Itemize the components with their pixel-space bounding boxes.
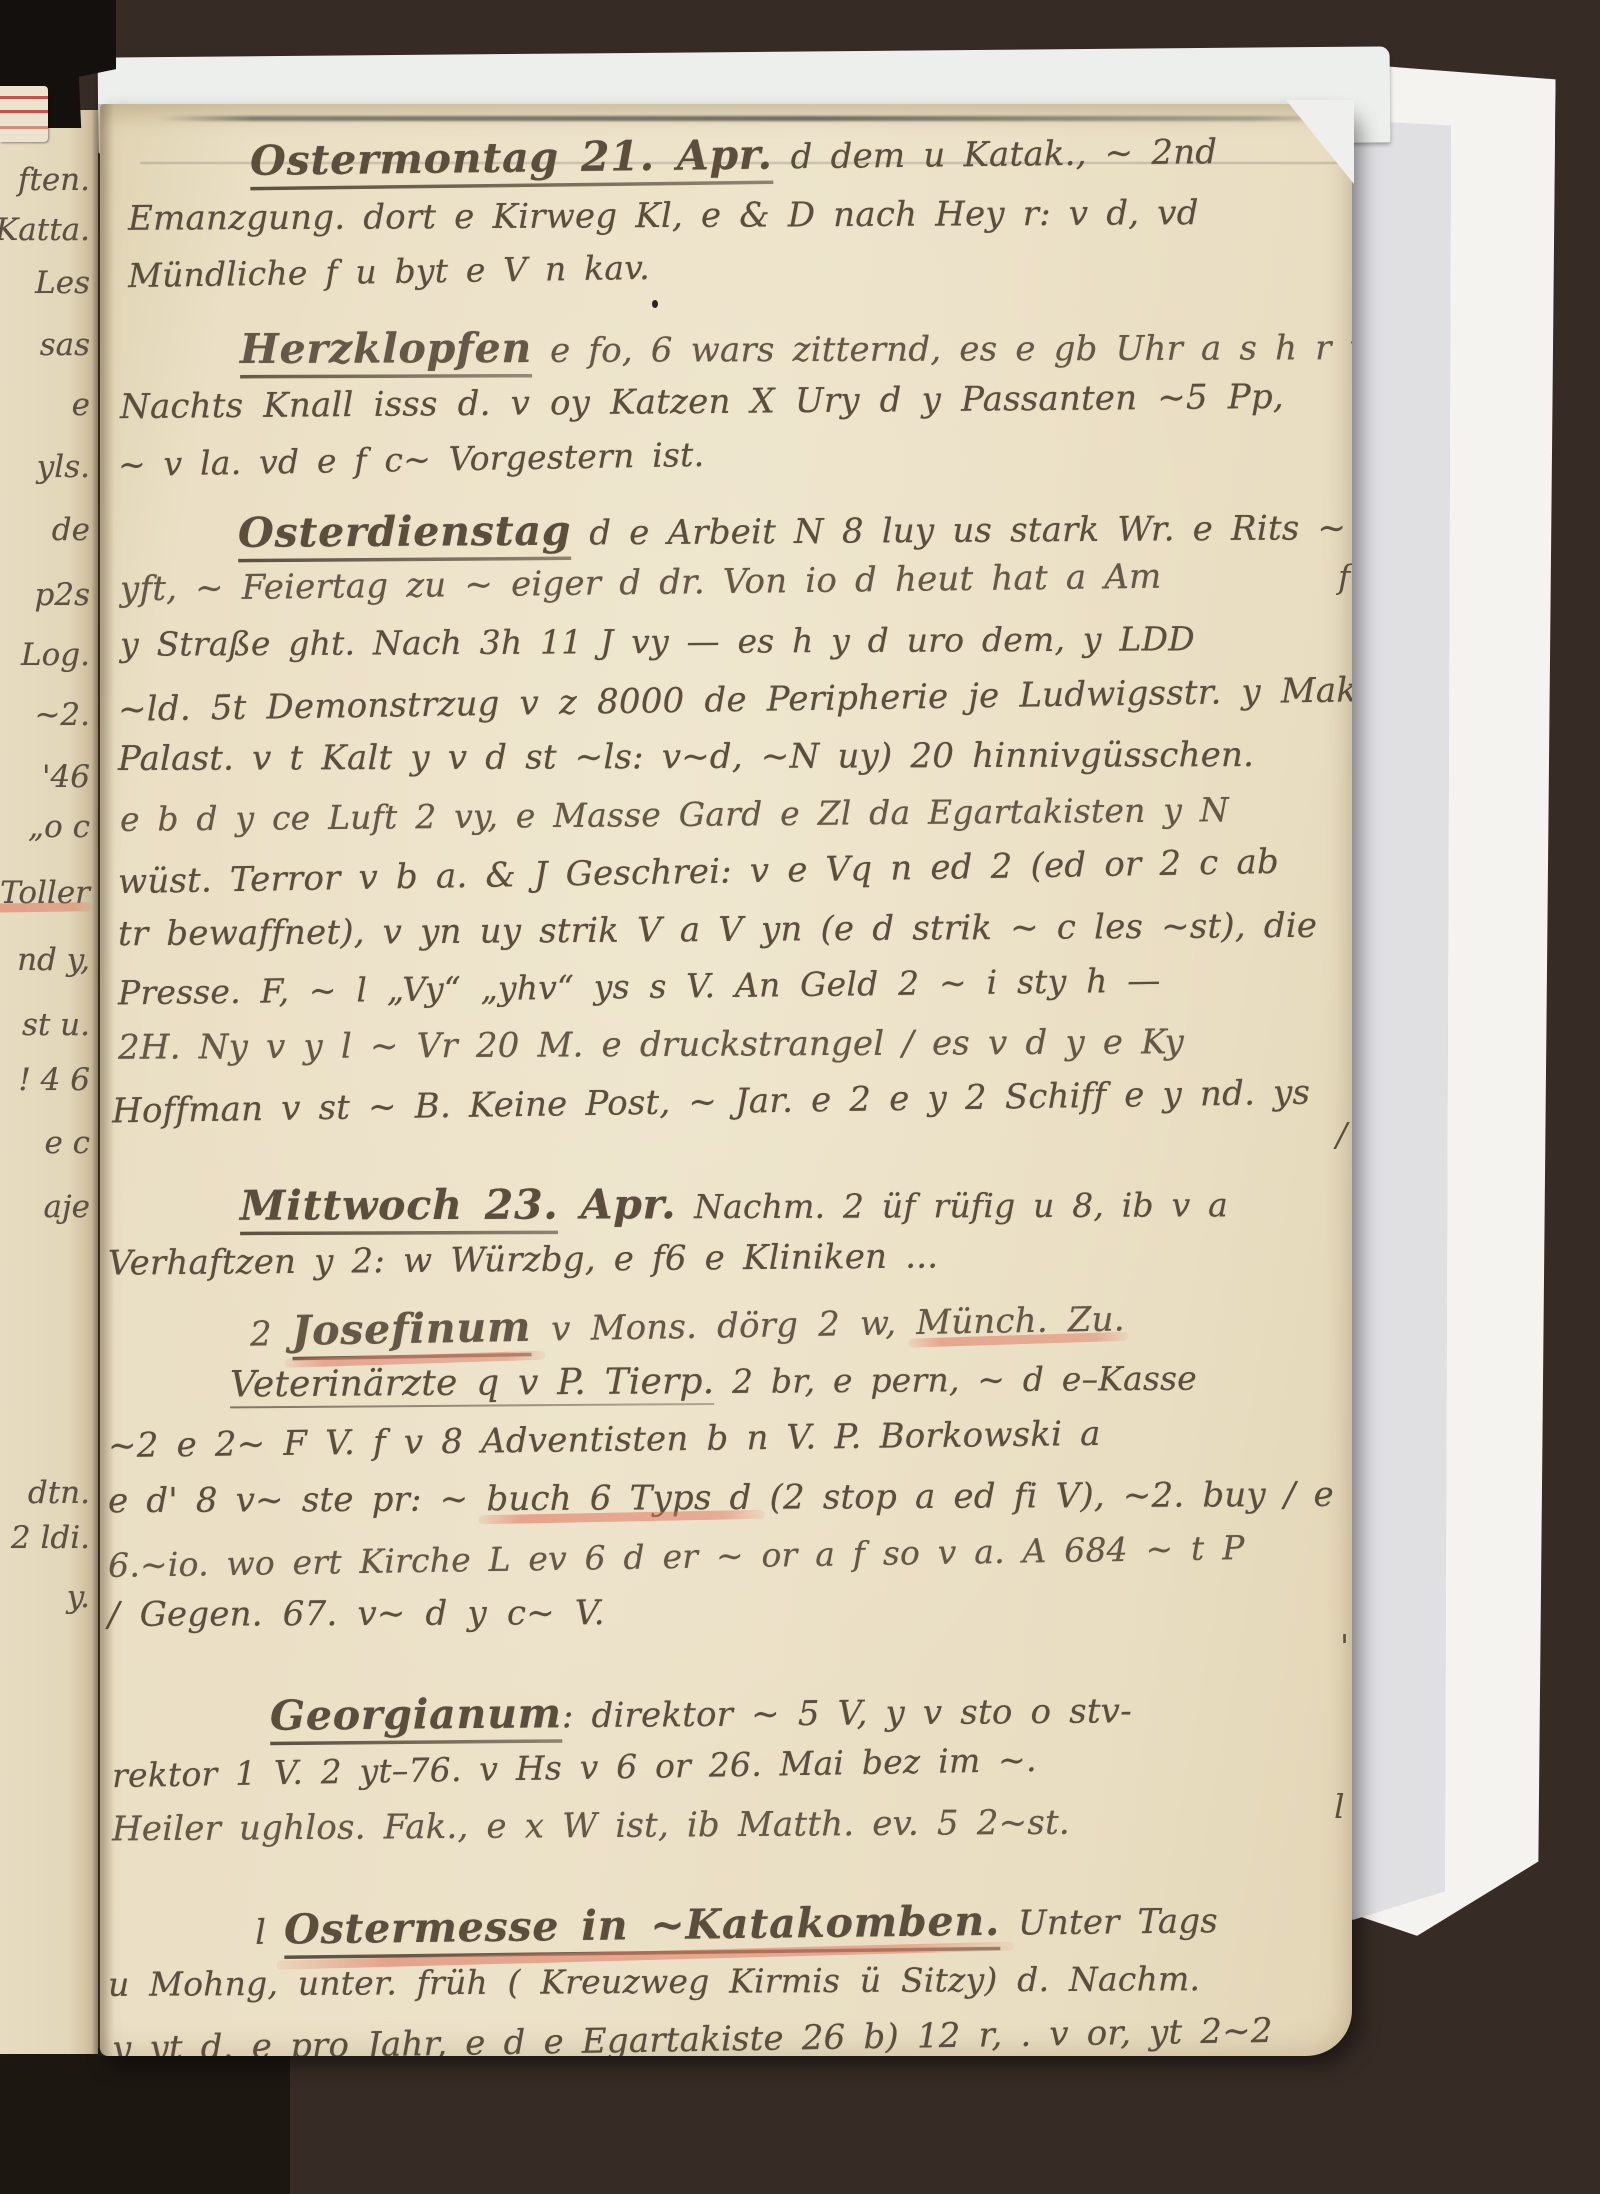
margin-fragment: Katta. — [0, 215, 90, 246]
handwriting-text: Münch. Zu — [916, 1300, 1114, 1343]
handwriting-text: Verhaftzen y 2: w Würzbg, e f6 e Klinike… — [108, 1236, 939, 1283]
handwriting-text: 2 br, e pern, ~ d e–Kasse — [714, 1359, 1197, 1401]
handwriting-text: e b d y ce Luft 2 vy, e Masse Gard e Zl … — [120, 790, 1229, 839]
handwriting-line: Emanzgung. dort e Kirweg Kl, e & D nach … — [128, 193, 1199, 239]
handwriting-line: Veterinärzte q v P. Tierp. 2 br, e pern,… — [230, 1357, 1197, 1407]
handwriting-text: ~ld. 5t Demonstrzug v z 8000 de Peripher… — [118, 670, 1352, 730]
handwriting-line: Heiler ughlos. Fak., e x W ist, ib Matth… — [112, 1803, 1070, 1850]
margin-fragment: p2s — [35, 580, 90, 611]
handwriting-line: wüst. Terror v b a. & J Geschrei: v e Vq… — [118, 842, 1280, 903]
handwriting-text: Emanzgung. dort e Kirweg Kl, e & D nach … — [128, 193, 1199, 239]
handwriting-text: rektor 1 V. 2 yt–76. v Hs v 6 or 26. Mai… — [112, 1740, 1037, 1795]
handwriting-line: e b d y ce Luft 2 vy, e Masse Gard e Zl … — [120, 790, 1229, 839]
scanned-diary-page: ften.Katta.Lessaseyls.dep2sLog.~2.'46„o … — [0, 0, 1600, 2194]
handwriting-text: v Mons. dörg 2 w, — [531, 1303, 917, 1350]
margin-fragment: e — [72, 390, 90, 421]
handwriting-line: u Mohng, unter. früh ( Kreuzweg Kirmis ü… — [108, 1959, 1200, 2004]
margin-fragment: Les — [35, 268, 90, 299]
edge-cutoff-mark: f — [1338, 560, 1350, 593]
handwriting-text: e d' 8 v~ ste pr: ~ — [108, 1479, 487, 1521]
handwriting-text: (2 stop a ed fi V), ~2. buy / e — [751, 1475, 1334, 1518]
tab-red-stripe — [0, 110, 48, 113]
handwriting-line: Verhaftzen y 2: w Würzbg, e f6 e Klinike… — [108, 1236, 939, 1284]
handwriting-line: 2H. Ny v y l ~ Vr 20 M. e druckstrangel … — [118, 1022, 1184, 1068]
handwriting-text: ~2 e 2~ F V. f v 8 Adventisten b n V. P.… — [108, 1414, 1101, 1466]
handwriting-text: Nachm. 2 üf rüfig u 8, ib v a — [676, 1185, 1228, 1226]
handwriting-text: 6.~io. wo ert Kirche L ev 6 d er ~ or a … — [108, 1528, 1245, 1585]
handwriting-line: y yt d. e pro Jahr, e d e Egartakiste 26… — [112, 2011, 1273, 2056]
edge-cutoff-mark: / — [1336, 1118, 1347, 1151]
handwriting-text: d dem u Katak., ~ 2nd — [772, 132, 1217, 177]
handwriting-text: Nachts Knall isss d. v oy Katzen X Ury d… — [120, 377, 1284, 427]
handwriting-line: Herzklopfen e fo, 6 wars zitternd, es e … — [240, 321, 1352, 374]
handwriting-text: Palast. v t Kalt y v d st ~ls: v~d, ~N u… — [118, 735, 1254, 779]
handwriting-line: ~2 e 2~ F V. f v 8 Adventisten b n V. P.… — [108, 1414, 1101, 1467]
entry-heading: Josefinum — [291, 1303, 531, 1363]
handwriting-line: e d' 8 v~ ste pr: ~ buch 6 Typs d (2 sto… — [108, 1475, 1334, 1522]
margin-fragment: nd y, — [17, 945, 90, 976]
entry-heading: Osterdienstag — [238, 507, 572, 565]
handwriting-line: Georgianum: direktor ~ 5 V, y v sto o st… — [270, 1684, 1132, 1741]
ink-speck — [652, 300, 658, 308]
handwriting-text: l — [255, 1913, 285, 1953]
margin-fragment: ! 4 6 — [18, 1065, 90, 1096]
handwriting-text: tr bewaffnet), v yn uy strik V a V yn (e… — [118, 906, 1317, 954]
entry-heading: Georgianum — [270, 1689, 562, 1748]
margin-fragment: yls. — [37, 452, 90, 483]
handwriting-text: 2 — [250, 1314, 293, 1355]
handwriting-text: Hoffman v st ~ B. Keine Post, ~ Jar. e 2… — [112, 1073, 1311, 1132]
margin-fragment: st u. — [22, 1010, 90, 1041]
margin-fragment: y. — [67, 1582, 90, 1613]
handwriting-line: Mündliche f u byt e V n kav. — [128, 248, 650, 296]
handwriting-line: Nachts Knall isss d. v oy Katzen X Ury d… — [120, 377, 1284, 428]
margin-fragment: de — [52, 515, 90, 546]
handwriting-line: Mittwoch 23. Apr. Nachm. 2 üf rüfig u 8,… — [240, 1178, 1228, 1231]
handwriting-line: Presse. F, ~ l „Vy“ „yhv“ ys s V. An Gel… — [118, 961, 1161, 1013]
margin-fragment: „Toller — [0, 878, 90, 909]
handwriting-line: ~ v la. vd e f c~ Vorgestern ist. — [118, 435, 705, 485]
handwriting-line: 2 Josefinum v Mons. dörg 2 w, Münch. Zu. — [250, 1292, 1125, 1356]
handwriting-text: buch 6 Typs d — [486, 1478, 751, 1519]
entry-heading: Herzklopfen — [240, 324, 532, 381]
tab-red-stripe — [0, 96, 48, 99]
margin-fragment: '46 — [42, 762, 90, 793]
handwriting-text: Veterinärzte q v P. Tierp. — [230, 1361, 715, 1409]
edge-cutoff-mark: ' — [1340, 1630, 1349, 1663]
entry-heading: Ostermontag 21. Apr. — [250, 131, 773, 193]
tab-red-stripe — [0, 126, 48, 129]
margin-fragment: e c — [44, 1128, 90, 1159]
background-shadow-bottom-left — [0, 2048, 290, 2194]
diary-page: Ostermontag 21. Apr. d dem u Katak., ~ 2… — [100, 104, 1352, 2056]
handwriting-text: Mündliche f u byt e V n kav. — [128, 248, 650, 295]
handwriting-line: Hoffman v st ~ B. Keine Post, ~ Jar. e 2… — [112, 1073, 1311, 1133]
handwriting-text: e fo, 6 wars zitternd, es e gb Uhr a s h… — [532, 328, 1352, 371]
handwriting-text: / Gegen. 67. v~ d y c~ V. — [108, 1593, 605, 1635]
handwriting-line: Palast. v t Kalt y v d st ~ls: v~d, ~N u… — [118, 735, 1254, 780]
margin-fragment: ften. — [18, 165, 90, 196]
handwriting-text: Heiler ughlos. Fak., e x W ist, ib Matth… — [112, 1803, 1070, 1850]
handwriting-line: Ostermontag 21. Apr. d dem u Katak., ~ 2… — [250, 125, 1218, 186]
handwriting-line: tr bewaffnet), v yn uy strik V a V yn (e… — [118, 906, 1317, 955]
handwriting-text: u Mohng, unter. früh ( Kreuzweg Kirmis ü… — [108, 1959, 1200, 2004]
handwriting-text: Unter Tags — [1000, 1901, 1218, 1944]
margin-fragment: sas — [40, 330, 90, 361]
handwriting-line: Osterdienstag d e Arbeit N 8 luy us star… — [238, 501, 1346, 558]
handwriting-text: d e Arbeit N 8 luy us stark Wr. e Rits ~ — [571, 508, 1346, 553]
entry-heading: Ostermesse in ~Katakomben. — [284, 1897, 1001, 1962]
handwriting-text: y yt d. e pro Jahr, e d e Egartakiste 26… — [112, 2011, 1273, 2056]
previous-page-margin-sliver: ften.Katta.Lessaseyls.dep2sLog.~2.'46„o … — [0, 110, 98, 2054]
handwriting-line: l Ostermesse in ~Katakomben. Unter Tags — [255, 1894, 1218, 1955]
handwriting-line: / Gegen. 67. v~ d y c~ V. — [108, 1593, 605, 1636]
margin-fragment: Log. — [21, 640, 90, 671]
handwriting-line: rektor 1 V. 2 yt–76. v Hs v 6 or 26. Mai… — [112, 1740, 1037, 1796]
handwriting-text: ~ v la. vd e f c~ Vorgestern ist. — [118, 435, 705, 484]
entry-heading: Apr. — [558, 1180, 676, 1228]
edge-cutoff-mark: l — [1334, 1790, 1345, 1823]
handwriting-line: y Straße ght. Nach 3h 11 J vy — es h y d… — [120, 619, 1195, 664]
entry-heading: Mittwoch 23. — [240, 1181, 559, 1238]
margin-fragment: dtn. — [28, 1478, 90, 1509]
handwriting-text: Presse. F, ~ l „Vy“ „yhv“ ys s V. An Gel… — [118, 961, 1161, 1013]
handwriting-text: 2H. Ny v y l ~ Vr 20 M. e druckstrangel … — [118, 1022, 1184, 1068]
margin-fragment: „o c — [28, 812, 90, 843]
margin-fragment: ~2. — [34, 700, 90, 731]
margin-fragment: aje — [44, 1192, 90, 1223]
handwriting-line: yft, ~ Feiertag zu ~ eiger d dr. Von io … — [120, 557, 1162, 611]
handwriting-line: ~ld. 5t Demonstrzug v z 8000 de Peripher… — [118, 670, 1352, 730]
handwriting-text: : direktor ~ 5 V, y v sto o stv- — [562, 1691, 1132, 1736]
handwriting-text: y Straße ght. Nach 3h 11 J vy — es h y d… — [120, 619, 1195, 664]
handwriting-line: 6.~io. wo ert Kirche L ev 6 d er ~ or a … — [108, 1528, 1245, 1585]
handwriting-text: wüst. Terror v b a. & J Geschrei: v e Vq… — [118, 842, 1280, 902]
pencil-smudge-line — [158, 116, 1348, 121]
margin-fragment: 2 ldi. — [11, 1523, 90, 1554]
red-striped-index-tab — [0, 86, 48, 142]
